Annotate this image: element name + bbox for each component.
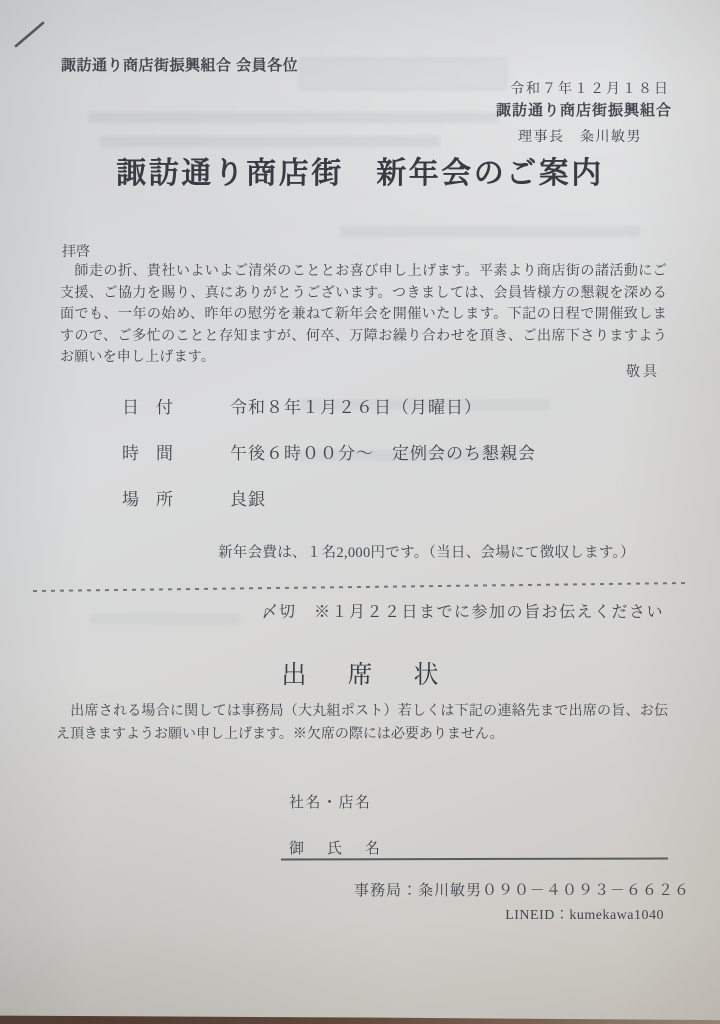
issuer-chairman: 理事長 粂川敏男 xyxy=(518,126,642,146)
line-id: LINEID：kumekawa1040 xyxy=(505,904,664,924)
bleed-through-mark xyxy=(340,226,640,237)
fee-note: 新年会費は、１名2,000円です。（当日、会場にて徴収します。） xyxy=(218,541,635,562)
issuer-org: 諏訪通り商店街振興組合 xyxy=(496,99,672,120)
issue-date: 令和７年１２月１８日 xyxy=(510,78,670,98)
document-title: 諏訪通り商店街 新年会のご案内 xyxy=(0,148,720,192)
name-entry-underline xyxy=(281,857,668,860)
bleed-through-mark xyxy=(88,112,498,123)
recipient-line: 諏訪通り商店街振興組合 会員各位 xyxy=(61,54,298,75)
pen-checkmark xyxy=(8,14,52,54)
attendance-title: 出 席 状 xyxy=(0,655,720,691)
cut-dashed-line xyxy=(33,582,688,592)
office-contact: 事務局：粂川敏男０９０－４０９３－６６２６ xyxy=(354,879,690,900)
bleed-through-mark xyxy=(300,58,507,90)
detail-label-time: 時 間 xyxy=(122,439,194,464)
greeting-paragraph: 師走の折、貴社いよいよご清栄のこととお喜び申し上げます。平素より商店街の諸活動に… xyxy=(60,261,667,369)
detail-row-time: 時 間 午後６時００分～ 定例会のち懇親会 xyxy=(122,439,536,464)
bleed-through-mark xyxy=(90,614,240,624)
closing-word: 敬具 xyxy=(626,361,660,381)
company-name-label: 社名・店名 xyxy=(289,791,372,812)
detail-value-time: 午後６時００分～ 定例会のち懇親会 xyxy=(230,439,536,464)
table-edge xyxy=(0,1012,720,1024)
detail-row-place: 場 所 良銀 xyxy=(122,485,266,510)
person-name-label: 御 氏 名 xyxy=(289,837,384,858)
detail-value-place: 良銀 xyxy=(230,485,266,510)
document-photo: 諏訪通り商店街振興組合 会員各位 令和７年１２月１８日 諏訪通り商店街振興組合 … xyxy=(0,0,720,1024)
detail-label-place: 場 所 xyxy=(122,485,194,510)
detail-value-date: 令和８年１月２６日（月曜日） xyxy=(230,393,482,418)
bleed-through-mark xyxy=(100,136,440,147)
deadline-note: 〆切 ※１月２２日までに参加の旨お伝えください xyxy=(261,599,664,622)
detail-row-date: 日 付 令和８年１月２６日（月曜日） xyxy=(122,393,482,418)
salutation: 拝啓 xyxy=(62,241,90,261)
detail-label-date: 日 付 xyxy=(122,393,194,418)
attendance-instructions: 出席される場合に関しては事務局（大丸組ポスト）若しくは下記の連絡先まで出席の旨、… xyxy=(56,701,668,746)
